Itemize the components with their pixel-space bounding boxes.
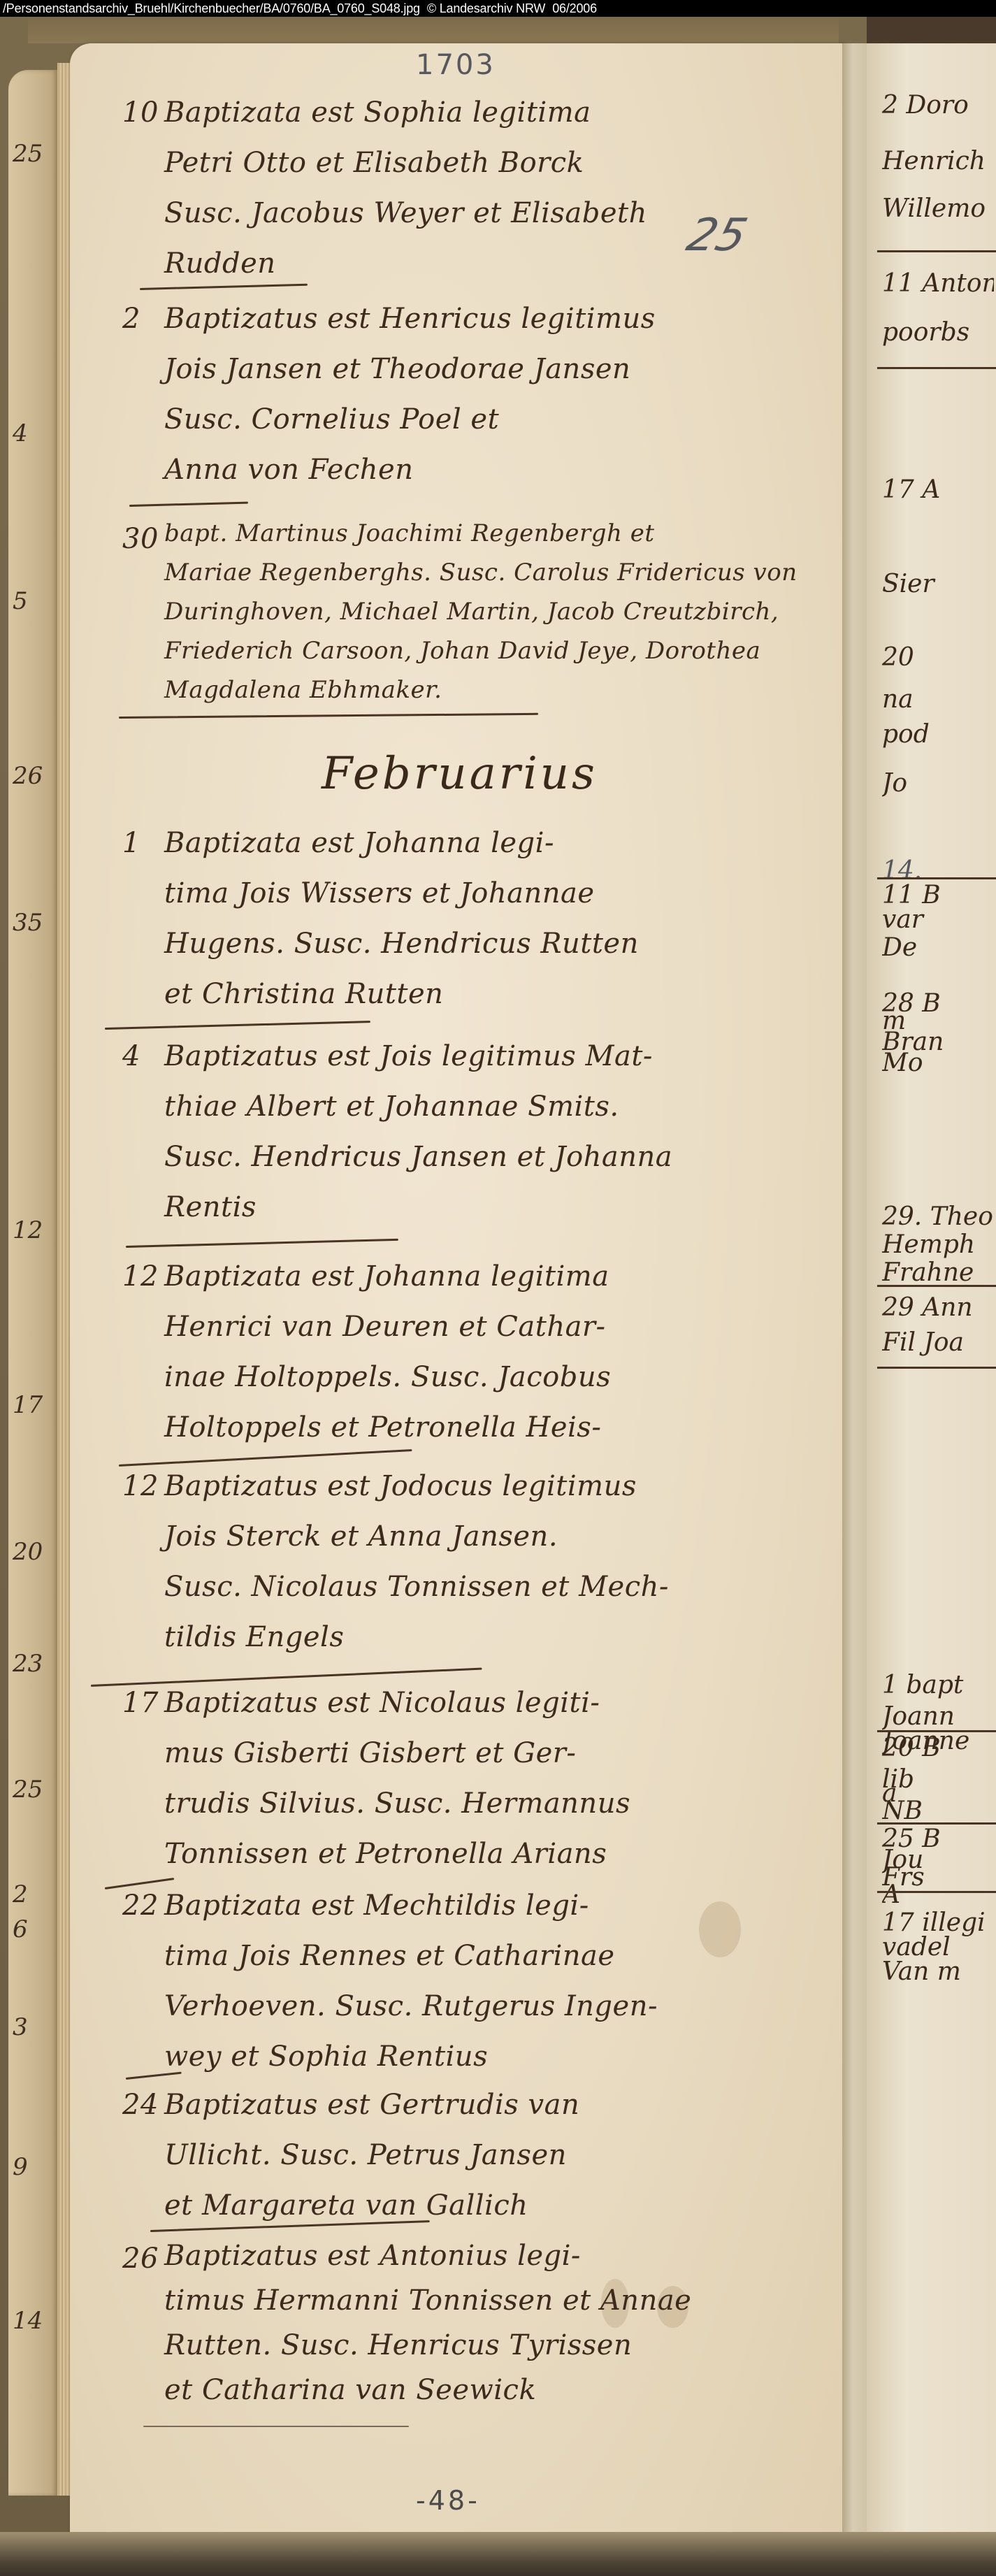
entry-line: Anna von Fechen — [164, 445, 656, 495]
margin-number: 12 — [13, 1216, 43, 1244]
entry-line: Holtoppels et Petronella Heis- — [164, 1402, 611, 1453]
entry-line: Rentis — [164, 1182, 672, 1232]
facing-page-divider — [877, 367, 996, 369]
margin-number: 4 — [13, 419, 28, 447]
entry-line: Tonnissen et Petronella Arians — [164, 1829, 630, 1879]
facing-page-text: 20 — [882, 643, 994, 672]
entry-line: Friederich Carsoon, Johan David Jeye, Do… — [164, 631, 797, 670]
entry-line: Baptizatus est Jois legitimus Mat- — [164, 1031, 672, 1081]
entry-line: timus Hermanni Tonnissen et Annae — [164, 2278, 691, 2323]
facing-page-text: pod — [882, 720, 994, 749]
facing-page-text: 20 B — [882, 1734, 994, 1762]
entry-day: 12 — [122, 1461, 164, 1511]
entry-line: bapt. Martinus Joachimi Regenbergh et — [164, 514, 797, 553]
facing-page-text: NB — [882, 1797, 994, 1825]
entry-line: Petri Otto et Elisabeth Borck — [164, 138, 647, 188]
facing-page-divider — [877, 1285, 996, 1287]
entry-line: inae Holtoppels. Susc. Jacobus — [164, 1352, 611, 1402]
file-path: /Personenstandsarchiv_Bruehl/Kirchenbuec… — [3, 1, 420, 15]
facing-page-text: Hemph — [882, 1230, 994, 1259]
margin-number: 3 — [13, 2013, 28, 2041]
entry-divider — [143, 2426, 409, 2427]
entry-day: 22 — [122, 1880, 164, 1931]
entry-line: trudis Silvius. Susc. Hermannus — [164, 1778, 630, 1829]
page-number: -48- — [416, 2485, 480, 2516]
entry-line: Susc. Cornelius Poel et — [164, 394, 656, 445]
facing-page-divider — [877, 1730, 996, 1732]
margin-number: 26 — [13, 762, 43, 790]
entry-line: Baptizatus est Nicolaus legiti- — [164, 1678, 630, 1728]
facing-page-text: 29. Theo — [882, 1202, 994, 1231]
margin-number: 20 — [13, 1538, 43, 1566]
page-stack-edge — [57, 63, 71, 2496]
margin-number: 25 — [13, 1776, 43, 1804]
entry-line: Baptizatus est Gertrudis van — [164, 2080, 579, 2130]
facing-page-text: na — [882, 685, 994, 714]
entry-line: Susc. Jacobus Weyer et Elisabeth — [164, 188, 647, 238]
entry-day: 24 — [122, 2080, 164, 2130]
facing-page-text: 1 bapt — [882, 1671, 994, 1699]
facing-page-divider — [877, 250, 996, 252]
file-path-header: /Personenstandsarchiv_Bruehl/Kirchenbuec… — [0, 0, 996, 17]
entry-line: et Christina Rutten — [164, 969, 639, 1019]
entry-line: Mariae Regenberghs. Susc. Carolus Frider… — [164, 553, 797, 592]
margin-number: 2 — [13, 1880, 28, 1908]
entry-day: 2 — [122, 294, 164, 344]
entry-day: 1 — [122, 818, 164, 868]
facing-page-text: var — [882, 905, 994, 934]
entry-line: Baptizatus est Henricus legitimus — [164, 294, 656, 344]
scan-date: 06/2006 — [552, 1, 597, 15]
facing-page-text: Henrich — [882, 147, 994, 175]
facing-page-text: 29 Ann — [882, 1293, 994, 1322]
margin-number: 5 — [13, 587, 28, 615]
book-top-edge — [28, 17, 839, 43]
facing-page-text: 11 Anton — [882, 269, 994, 298]
entry-day: 12 — [122, 1251, 164, 1302]
facing-page-text: poorbs — [882, 318, 994, 347]
entry-line: Baptizata est Johanna legi- — [164, 818, 639, 868]
entry-line: tima Jois Wissers et Johannae — [164, 868, 639, 919]
entry-day: 17 — [122, 1678, 164, 1728]
entry-line: Baptizata est Johanna legitima — [164, 1251, 611, 1302]
entry-line: Magdalena Ebhmaker. — [164, 670, 797, 710]
entry-day: 30 — [122, 514, 164, 564]
book-bottom-edge — [0, 2532, 996, 2576]
margin-number: 14 — [13, 2307, 43, 2335]
entry-line: Baptizatus est Antonius legi- — [164, 2233, 691, 2278]
margin-number: 6 — [13, 1915, 28, 1943]
margin-number: 25 — [13, 140, 43, 168]
facing-page-divider — [877, 1367, 996, 1369]
facing-page-text: Mo — [882, 1049, 994, 1077]
entry-line: tima Jois Rennes et Catharinae — [164, 1931, 658, 1981]
facing-page-text: A — [882, 1880, 994, 1909]
entry-line: Susc. Hendricus Jansen et Johanna — [164, 1132, 672, 1182]
book-gutter — [842, 43, 869, 2532]
entry-day: 26 — [122, 2233, 164, 2284]
facing-page-strip — [867, 43, 996, 2532]
facing-page-text: Willemo — [882, 194, 994, 223]
entry-line: Rutten. Susc. Henricus Tyrissen — [164, 2323, 691, 2368]
entry-day: 10 — [122, 87, 164, 138]
ink-stain — [699, 1901, 741, 1957]
entry-line: Verhoeven. Susc. Rutgerus Ingen- — [164, 1981, 658, 2031]
entry-line: Ullicht. Susc. Petrus Jansen — [164, 2130, 579, 2180]
entry-line: Baptizatus est Jodocus legitimus — [164, 1461, 669, 1511]
facing-page-text: Sier — [882, 570, 994, 598]
margin-number: 9 — [13, 2153, 28, 2181]
facing-page-divider — [877, 877, 996, 879]
facing-page-text: Frahne — [882, 1258, 994, 1287]
entry-line: Jois Sterck et Anna Jansen. — [164, 1511, 669, 1562]
year-annotation: 1703 — [416, 49, 496, 81]
entry-line: wey et Sophia Rentius — [164, 2031, 658, 2082]
margin-number: 23 — [13, 1650, 43, 1678]
entry-line: thiae Albert et Johannae Smits. — [164, 1081, 672, 1132]
entry-line: Baptizata est Mechtildis legi- — [164, 1880, 658, 1931]
entry-line: Susc. Nicolaus Tonnissen et Mech- — [164, 1562, 669, 1612]
facing-page-divider — [877, 1891, 996, 1893]
margin-number: 17 — [13, 1391, 43, 1419]
entry-line: Baptizata est Sophia legitima — [164, 87, 647, 138]
entry-line: et Catharina van Seewick — [164, 2368, 691, 2412]
facing-page-text: Fil Joa — [882, 1328, 994, 1357]
entry-line: Hugens. Susc. Hendricus Rutten — [164, 919, 639, 969]
entry-line: Rudden — [164, 238, 647, 289]
facing-page-text: Van m — [882, 1957, 994, 1986]
entry-line: Jois Jansen et Theodorae Jansen — [164, 344, 656, 394]
book-binding-top — [867, 17, 996, 45]
facing-page-text: De — [882, 933, 994, 962]
entry-day: 4 — [122, 1031, 164, 1081]
entry-line: Duringhoven, Michael Martin, Jacob Creut… — [164, 592, 797, 631]
entry-line: Henrici van Deuren et Cathar- — [164, 1302, 611, 1352]
facing-page-text: Jo — [882, 769, 994, 798]
margin-number: 35 — [13, 909, 43, 937]
entry-line: tildis Engels — [164, 1612, 669, 1662]
month-heading: Februarius — [322, 748, 598, 800]
facing-page-text: 2 Doro — [882, 91, 994, 120]
facing-page-text: 17 A — [882, 475, 994, 504]
copyright: © Landesarchiv NRW — [427, 1, 545, 15]
entry-line: mus Gisberti Gisbert et Ger- — [164, 1728, 630, 1778]
